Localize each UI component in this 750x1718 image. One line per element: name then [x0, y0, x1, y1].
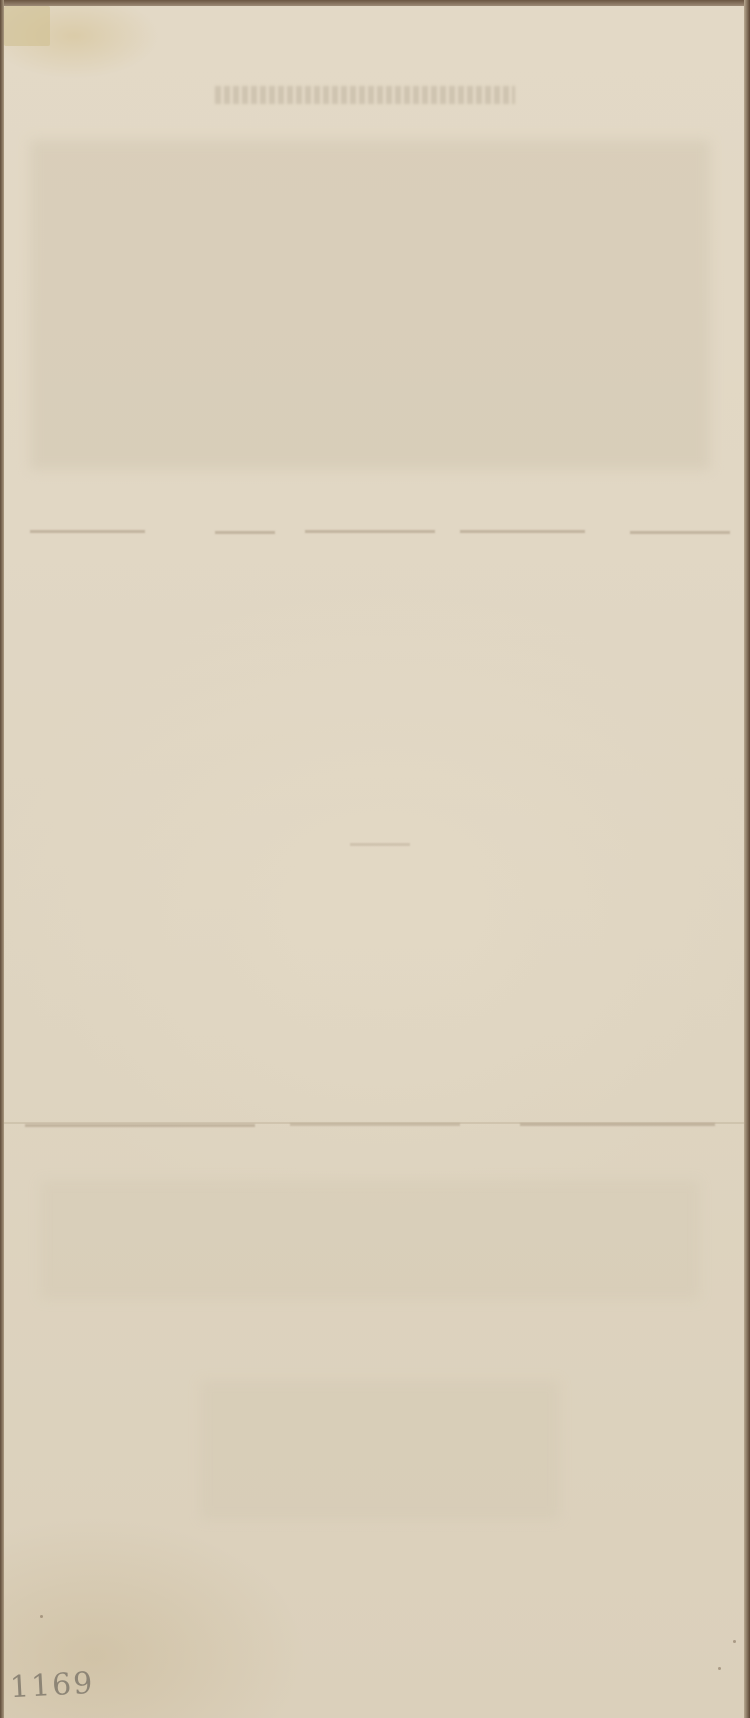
- show-through-line: [350, 843, 410, 846]
- fold-crease: [4, 1122, 744, 1124]
- stain-spot: [40, 1615, 43, 1618]
- handwritten-number: 1169: [9, 1666, 95, 1705]
- show-through-line: [25, 1124, 255, 1127]
- show-through-line: [305, 530, 435, 533]
- tape-stain: [4, 6, 50, 46]
- show-through-line: [30, 530, 145, 533]
- show-through-lettering: [200, 1380, 560, 1520]
- stain-spot: [733, 1640, 736, 1643]
- stain-spot: [718, 1667, 721, 1670]
- photo-frame-right-edge: [744, 0, 750, 1718]
- show-through-line: [460, 530, 585, 533]
- show-through-line: [630, 531, 730, 534]
- show-through-title: [215, 86, 515, 104]
- show-through-lettering: [40, 1180, 700, 1300]
- show-through-line: [215, 531, 275, 534]
- show-through-image-area: [30, 140, 710, 470]
